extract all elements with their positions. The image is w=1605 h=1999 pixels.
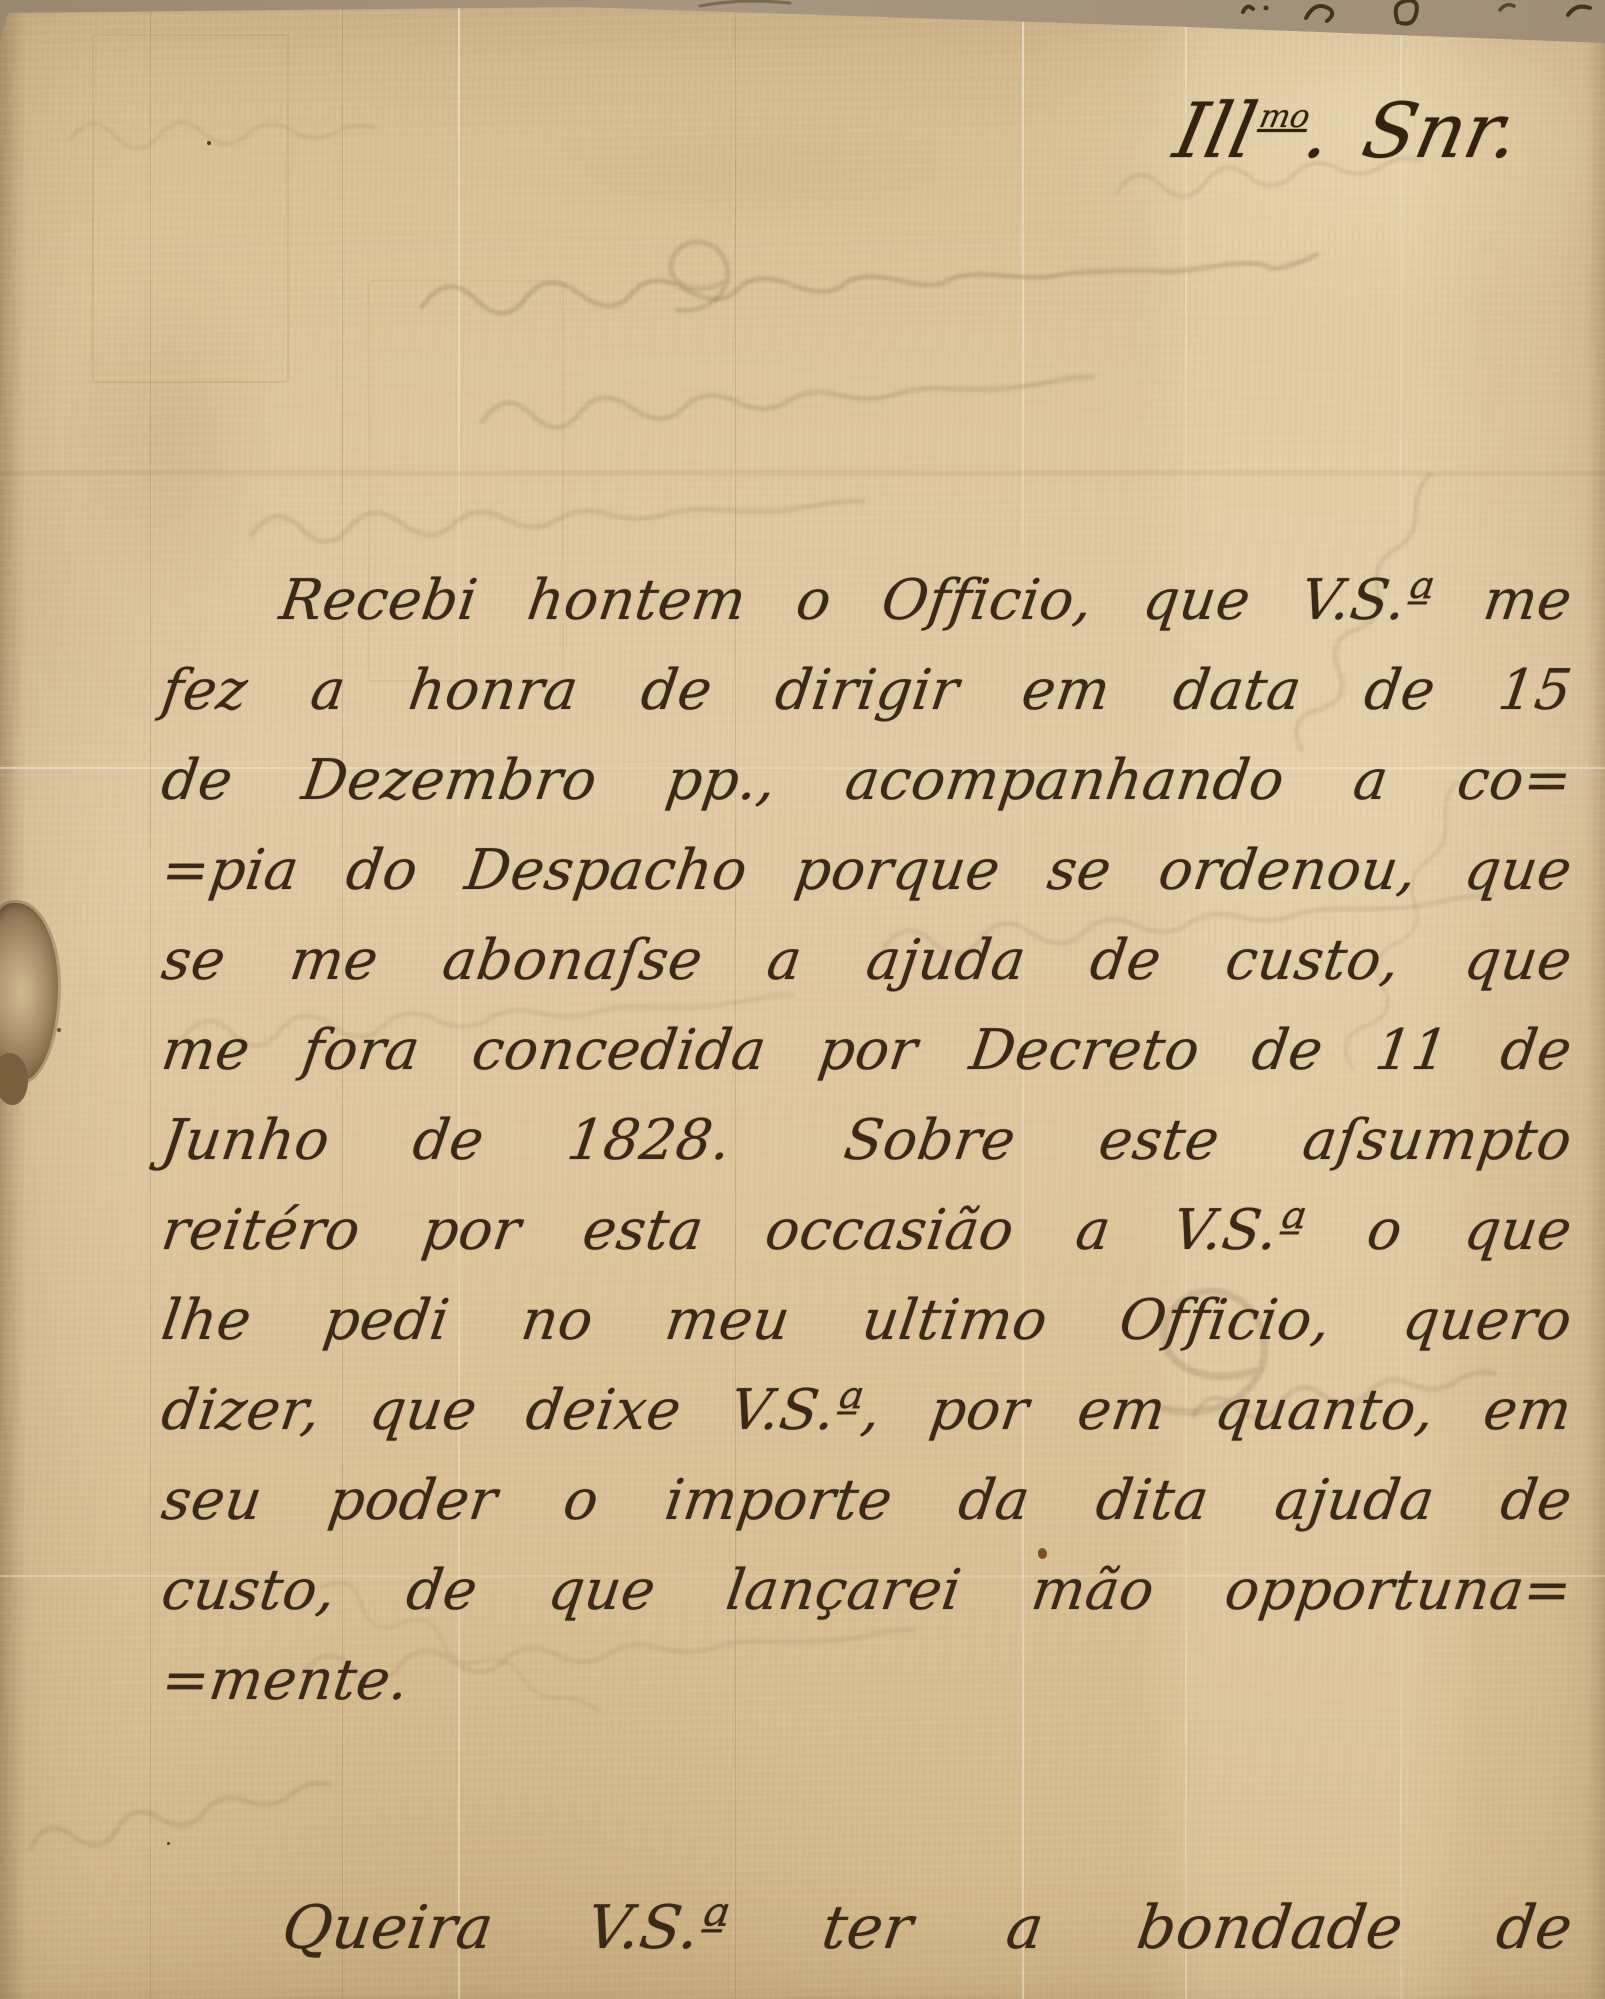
ink-speck: [207, 141, 211, 145]
letter-line-9: lhe pedi no meu ultimo Officio, quero: [156, 1276, 1578, 1366]
letter-line-2: fez a honra de dirigir em data de 15: [156, 646, 1578, 736]
letter-line-11: seu poder o importe da dita ajuda de: [156, 1456, 1578, 1546]
ink-speck: [167, 1842, 170, 1845]
letter-sheet: Illmo.Snr. Recebi hontem o Officio, que …: [0, 0, 1605, 1999]
letter-line-12: custo, de que lançarei mão opportuna=: [156, 1546, 1578, 1636]
letter-line-3: de Dezembro pp., acompanhando a co=: [156, 736, 1578, 826]
paper-edge-shadow-right: [1585, 0, 1605, 1999]
letter-line-8: reitéro por esta occasião a V.S.ª o que: [156, 1186, 1578, 1276]
letter-line-13: =mente.: [156, 1636, 1578, 1726]
letter-heading: Illmo.Snr.: [1167, 86, 1528, 175]
letter-body: Recebi hontem o Officio, que V.S.ª me fe…: [156, 556, 1565, 1726]
letter-line-10: dizer, que deixe V.S.ª, por em quanto, e…: [156, 1366, 1578, 1456]
letter-line-6: me fora concedida por Decreto de 11 de: [156, 1006, 1578, 1096]
letter-closing-line: Queira V.S.ª ter a bondade de: [156, 1872, 1580, 1992]
letter-line-4: =pia do Despacho porque se ordenou, que: [156, 826, 1578, 916]
stain: [92, 34, 289, 383]
letter-line-1: Recebi hontem o Officio, que V.S.ª me: [156, 556, 1578, 646]
heading-superscript: mo: [1257, 97, 1315, 135]
fold-crease: [0, 470, 1605, 476]
torn-hole: [0, 903, 58, 1081]
letter-line-7: Junho de 1828. Sobre este aſsumpto: [156, 1096, 1578, 1186]
letter-line-5: se me abonaſse a ajuda de custo, que: [156, 916, 1578, 1006]
heading-main: Ill: [1167, 86, 1265, 175]
heading-salutation: Snr.: [1356, 86, 1528, 175]
manuscript-page: Illmo.Snr. Recebi hontem o Officio, que …: [0, 0, 1605, 1999]
